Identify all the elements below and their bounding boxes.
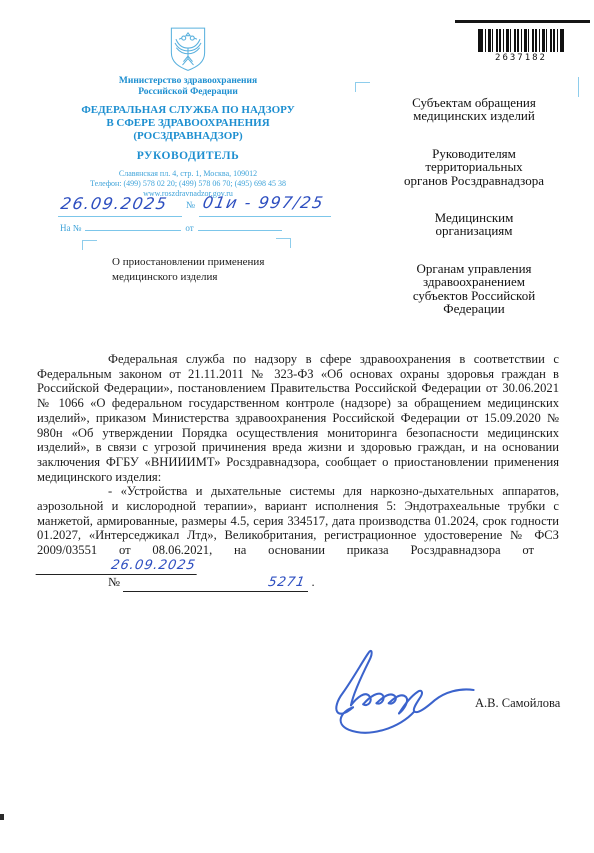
scan-artifact [0, 814, 4, 820]
agency-name: ФЕДЕРАЛЬНАЯ СЛУЖБА ПО НАДЗОРУ В СФЕРЕ ЗД… [40, 104, 336, 142]
order-number-field: 5271 [123, 575, 308, 593]
letterhead: Министерство здравоохранения Российской … [40, 26, 336, 200]
scan-edge-line [455, 20, 590, 23]
ref-underline [58, 216, 182, 217]
coat-of-arms-icon [169, 26, 207, 72]
corner-mark [355, 82, 370, 92]
order-number-handwritten: 5271 [193, 576, 310, 592]
addressee-item: Органам управления здравоохранением субъ… [368, 262, 580, 316]
barcode-number: 2637182 [478, 53, 564, 63]
ref-date-handwritten: 26.09.2025 [59, 194, 169, 213]
barcode: 2637182 [478, 29, 564, 63]
ref-number-handwritten: 01и - 997/25 [201, 193, 325, 212]
addressee-list: Субъектам обращения медицинских изделий … [368, 96, 580, 339]
corner-mark [578, 77, 579, 97]
letter-body: Федеральная служба по надзору в сфере зд… [37, 352, 559, 592]
addressee-item: Медицинским организациям [368, 211, 580, 238]
phone-line: Телефон: (499) 578 02 20; (499) 578 06 7… [40, 179, 336, 189]
from-label: от [185, 223, 193, 233]
from-field [198, 221, 282, 231]
corner-mark [82, 240, 97, 250]
subject-text: О приостановлении применения медицинског… [112, 255, 264, 284]
addressee-item: Руководителям территориальных органов Ро… [368, 147, 580, 187]
signer-name: А.В. Самойлова [475, 696, 560, 711]
body-paragraph-2-text: - «Устройства и дыхательные системы для … [37, 484, 559, 557]
period: . [311, 575, 314, 589]
reply-reference-line: На №от [60, 221, 282, 233]
barcode-icon [478, 29, 564, 52]
ref-underline [199, 216, 331, 217]
corner-mark [276, 238, 291, 248]
body-paragraph-1: Федеральная служба по надзору в сфере зд… [37, 352, 559, 484]
body-paragraph-2: - «Устройства и дыхательные системы для … [37, 484, 559, 574]
address-line: Славянская пл. 4, стр. 1, Москва, 109012 [40, 169, 336, 179]
reply-ref-field [85, 221, 181, 231]
role-title: РУКОВОДИТЕЛЬ [40, 150, 336, 162]
reply-ref-label: На № [60, 223, 81, 233]
order-date-handwritten: 26.09.2025 [36, 559, 200, 575]
signature-handwriting [320, 646, 478, 738]
order-number-sign: № [108, 575, 120, 589]
document-page: 2637182 Министерство здравоохранения Рос… [0, 0, 594, 853]
order-number-line: № 5271 . [37, 575, 559, 593]
ministry-name: Министерство здравоохранения Российской … [40, 76, 336, 98]
ref-number-sign: № [186, 201, 195, 211]
addressee-item: Субъектам обращения медицинских изделий [368, 96, 580, 123]
